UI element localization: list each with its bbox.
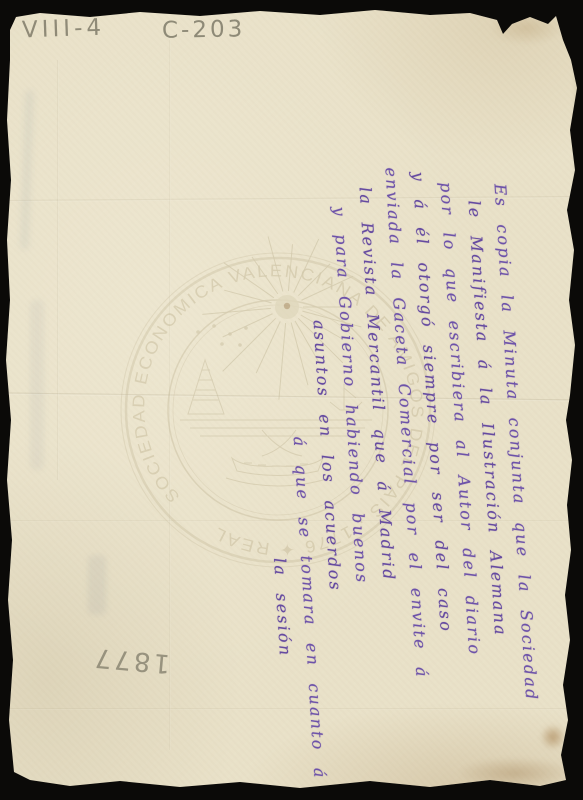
handwriting-block: Es copia la Minuta conjunta que la Socie… bbox=[231, 158, 548, 759]
archival-mark-top-center: C-203 bbox=[162, 16, 246, 43]
document-page: SOCIEDAD ECONOMICA VALENCIANA DE AMIGOS … bbox=[0, 0, 583, 800]
beehive-icon bbox=[188, 360, 224, 414]
archival-mark-top-left: VIII-4 bbox=[22, 15, 106, 44]
scan-background: SOCIEDAD ECONOMICA VALENCIANA DE AMIGOS … bbox=[0, 0, 583, 800]
